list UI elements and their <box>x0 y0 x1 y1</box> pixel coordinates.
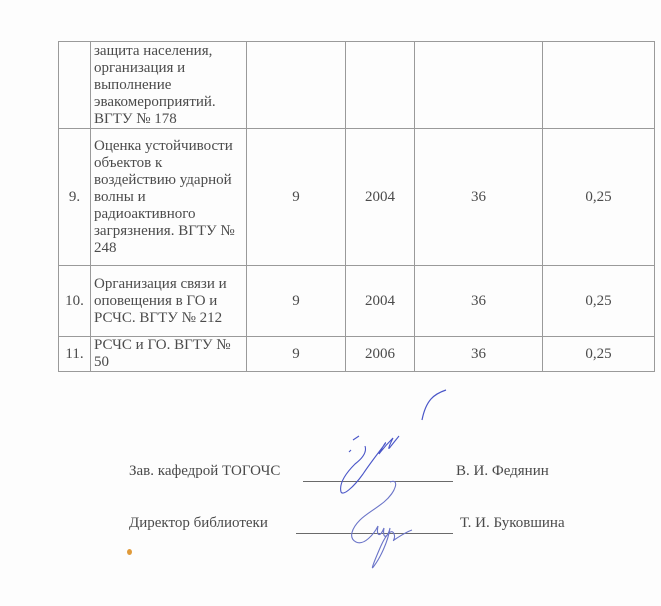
row-title: Оценка устойчивости объектов к воздейств… <box>91 129 247 266</box>
row-year: 2004 <box>346 266 415 337</box>
row-year <box>346 42 415 129</box>
row-title: защита населения, организация и выполнен… <box>91 42 247 129</box>
row-pages: 36 <box>415 337 543 372</box>
table-row: 9. Оценка устойчивости объектов к воздей… <box>59 129 655 266</box>
row-number: 11. <box>59 337 91 372</box>
literature-table: защита населения, организация и выполнен… <box>58 41 655 372</box>
row-col3: 9 <box>247 266 346 337</box>
row-col3: 9 <box>247 337 346 372</box>
row-volume: 0,25 <box>543 266 655 337</box>
row-year: 2004 <box>346 129 415 266</box>
row-col3 <box>247 42 346 129</box>
table-row: защита населения, организация и выполнен… <box>59 42 655 129</box>
row-number <box>59 42 91 129</box>
ink-smudge <box>127 549 132 555</box>
row-pages <box>415 42 543 129</box>
signature-label-library: Директор библиотеки <box>129 515 268 532</box>
table-row: 10. Организация связи и оповещения в ГО … <box>59 266 655 337</box>
row-number: 9. <box>59 129 91 266</box>
document-page: защита населения, организация и выполнен… <box>0 0 661 606</box>
signature-name-head: В. И. Федянин <box>456 463 549 480</box>
row-title: РСЧС и ГО. ВГТУ № 50 <box>91 337 247 372</box>
row-volume: 0,25 <box>543 129 655 266</box>
signature-library-icon <box>330 478 430 573</box>
table-row: 11. РСЧС и ГО. ВГТУ № 50 9 2006 36 0,25 <box>59 337 655 372</box>
pen-stroke-icon <box>420 388 450 428</box>
row-pages: 36 <box>415 266 543 337</box>
row-title: Организация связи и оповещения в ГО и РС… <box>91 266 247 337</box>
signature-label-head: Зав. кафедрой ТОГОЧС <box>129 463 280 480</box>
row-pages: 36 <box>415 129 543 266</box>
row-year: 2006 <box>346 337 415 372</box>
row-col3: 9 <box>247 129 346 266</box>
signature-name-library: Т. И. Буковшина <box>460 515 565 532</box>
row-volume: 0,25 <box>543 337 655 372</box>
row-volume <box>543 42 655 129</box>
row-number: 10. <box>59 266 91 337</box>
